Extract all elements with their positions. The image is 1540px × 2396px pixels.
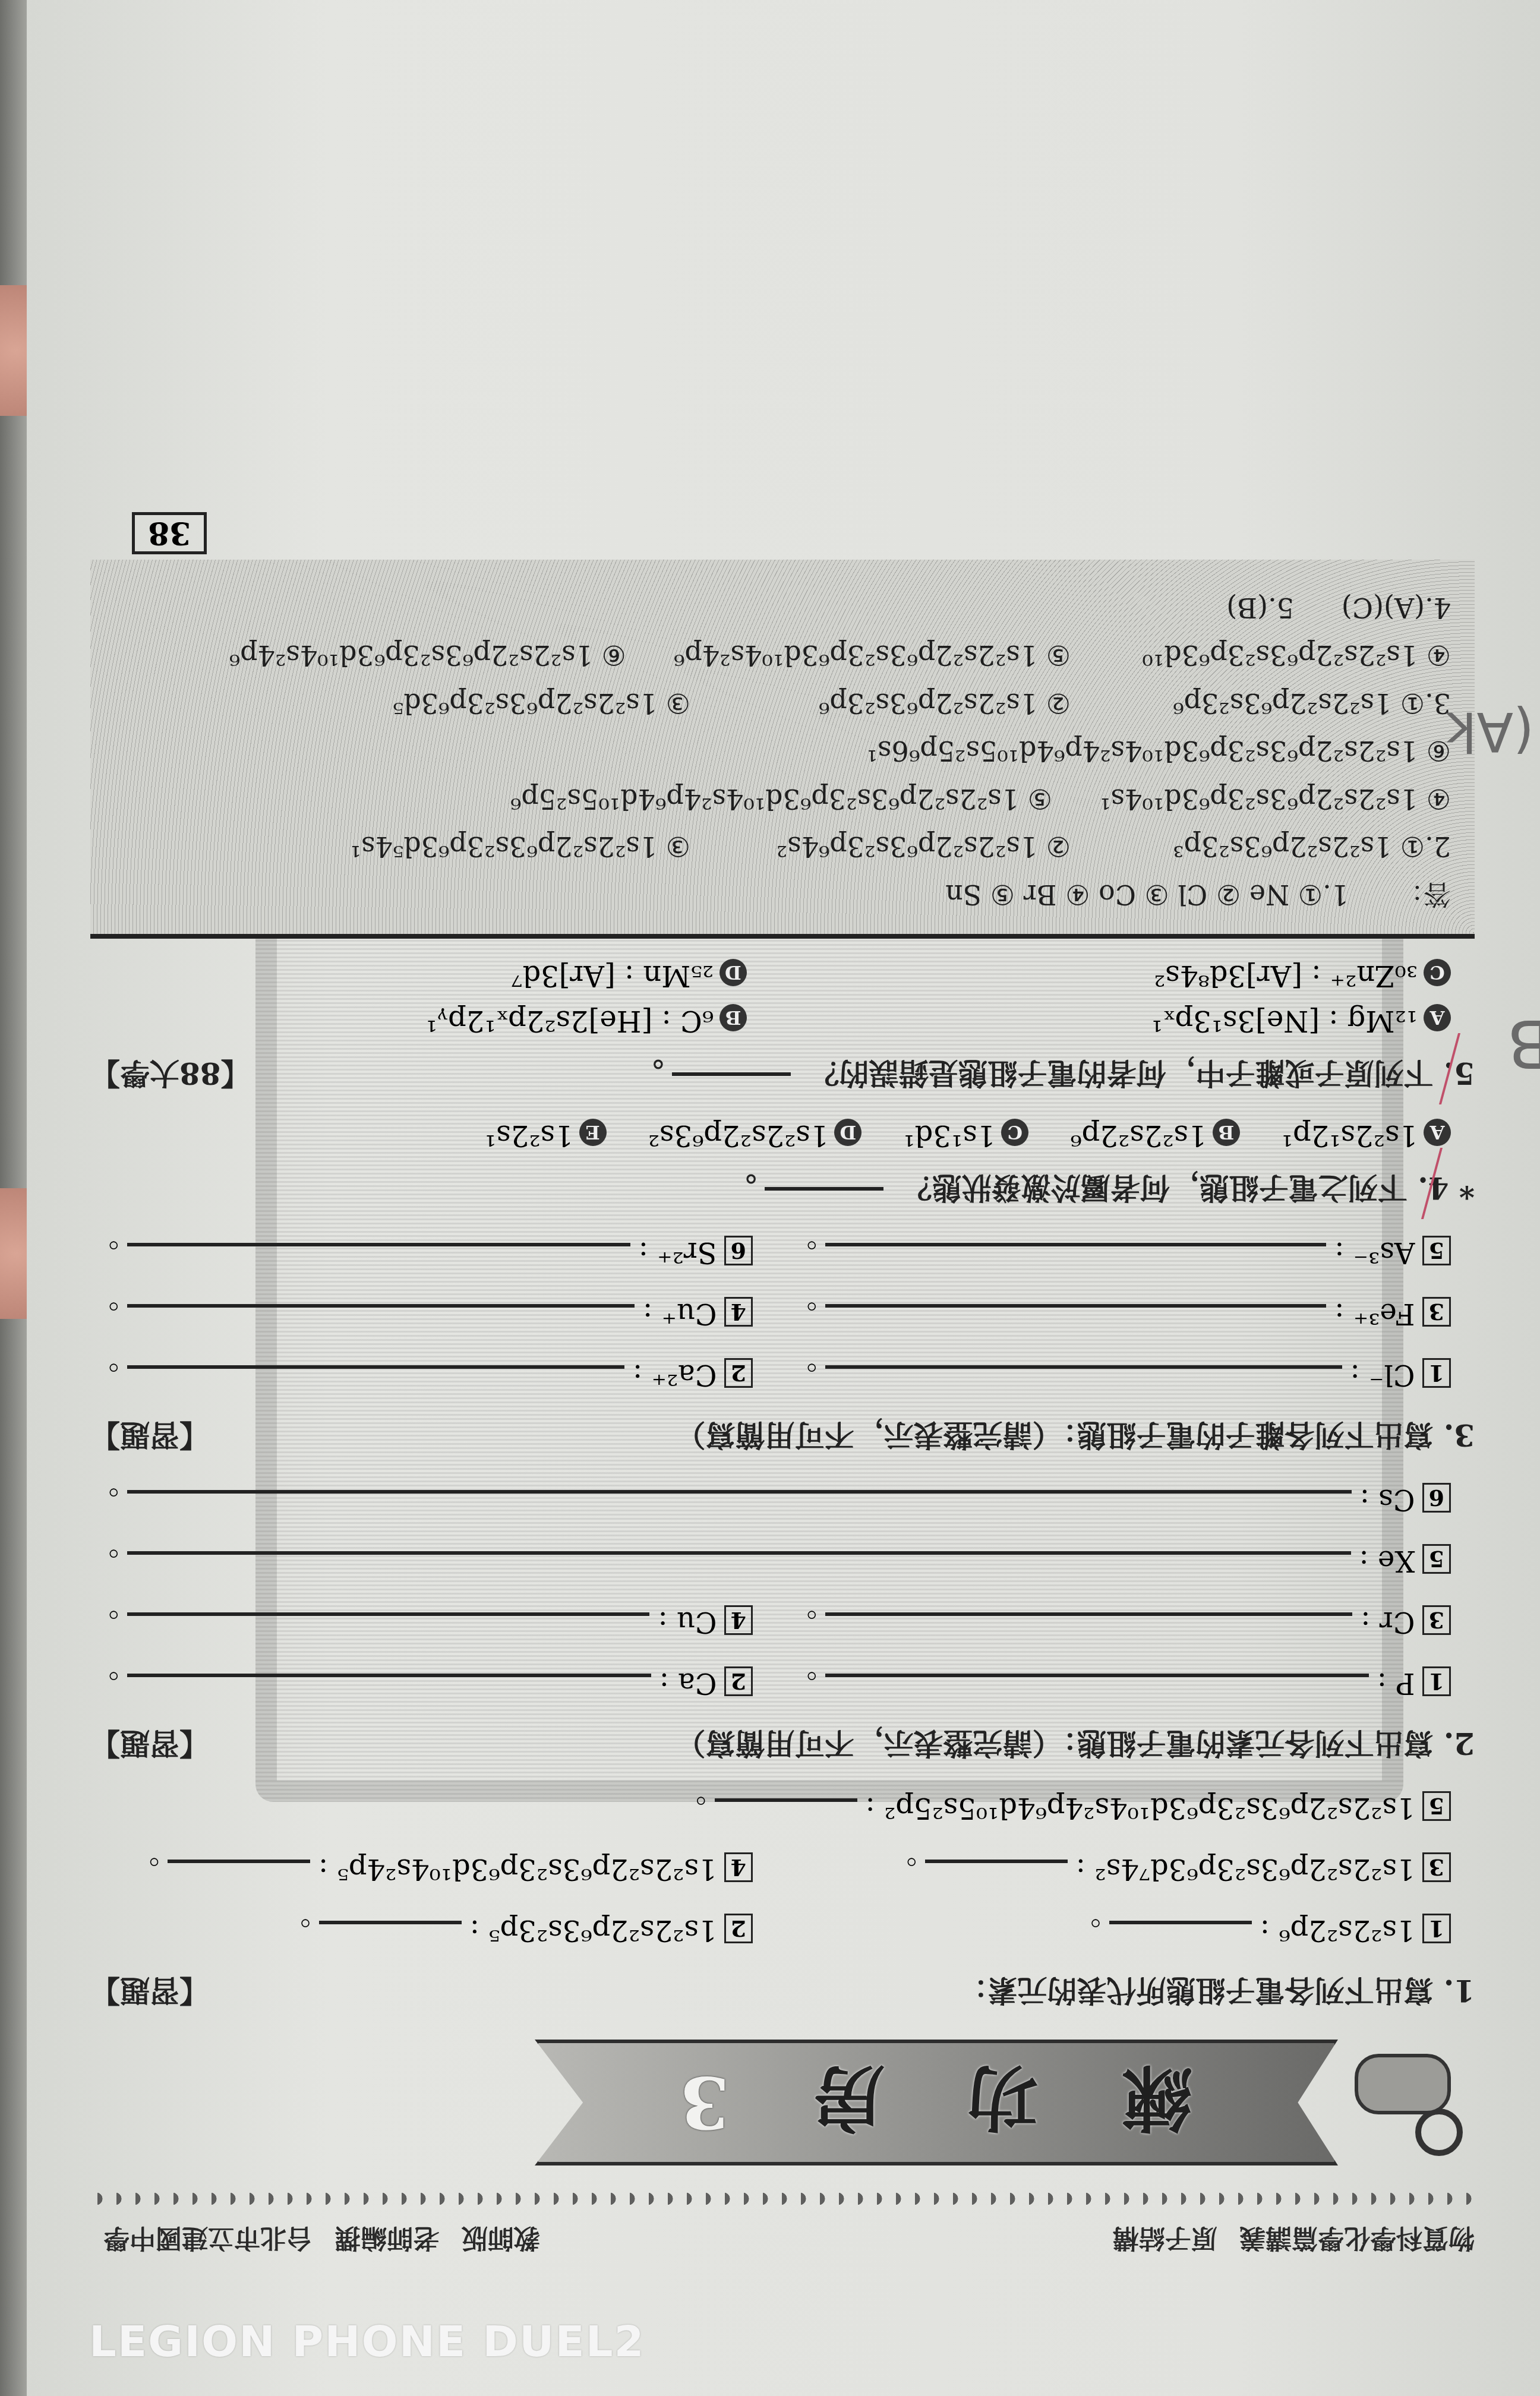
mascot-icon — [1338, 2043, 1475, 2162]
question-3: 3. 寫出下列各離子的電子組態：（請完整表示，不可用簡寫） 【習題】 — [90, 1410, 1475, 1460]
answer-blank[interactable] — [825, 1304, 1326, 1308]
option-e[interactable]: E1s²2s¹ — [485, 1119, 607, 1152]
question-prompt: 下列原子或離子中，何者的電子組態是錯誤的？ — [809, 1056, 1433, 1091]
question-tag: 【習題】 — [90, 1718, 209, 1769]
question-prompt: 寫出下列各離子的電子組態：（請完整表示，不可用簡寫） — [676, 1418, 1433, 1453]
question-tag: 【習題】 — [90, 1410, 209, 1460]
question-1-items: 11s²2s²2p⁶ :。 21s²2s²2p⁶3s²3p⁵ :。 31s²2s… — [90, 1791, 1451, 1955]
answer-blank[interactable] — [825, 1365, 1342, 1369]
section-banner: 練 功 房 3 — [90, 2040, 1475, 2165]
answer-blank[interactable] — [1109, 1921, 1252, 1924]
option-c[interactable]: C₃₀Zn²⁺ : [Ar]3d⁸4s² — [794, 959, 1451, 992]
textbook-page: 物質科學化學篇講義 原子結構 教師版 老師編撰 台北市立建國中學 練 功 房 3 — [27, 0, 1540, 2396]
option-a[interactable]: A₁₂Mg : [Ne]3s¹3pₓ¹ — [794, 1004, 1451, 1037]
question-prompt: 寫出下列各元素的電子組態：（請完整表示，不可用簡寫） — [676, 1726, 1433, 1761]
question-4: * 4. 下列之電子組態，何者屬於激發狀態？ 。 — [90, 1163, 1475, 1213]
answer-blank[interactable] — [319, 1921, 462, 1924]
page-header: 物質科學化學篇講義 原子結構 教師版 老師編撰 台北市立建國中學 — [90, 2221, 1475, 2259]
answer-blank[interactable] — [127, 1365, 624, 1369]
school-name: 台北市立建國中學 — [103, 2223, 313, 2253]
answer-key: 答：1.① Ne ② Cl ③ Co ④ Br ⑤ Sn 2.① 1s²2s²2… — [90, 560, 1475, 939]
answer-blank[interactable] — [925, 1860, 1068, 1863]
book-title: 物質科學化學篇講義 — [1239, 2223, 1475, 2253]
answer-blank[interactable] — [825, 1612, 1352, 1616]
option-b[interactable]: B1s²2s²2p⁶ — [1070, 1119, 1239, 1152]
option-d[interactable]: D1s²2s²2p⁶3s² — [648, 1119, 862, 1152]
answer-blank[interactable] — [715, 1798, 857, 1802]
edition: 教師版 — [462, 2223, 540, 2253]
answer-blank[interactable] — [168, 1860, 310, 1863]
banner-title: 練 功 房 3 — [535, 2040, 1338, 2165]
answer-label: 答： — [1396, 871, 1451, 919]
answer-blank[interactable] — [127, 1304, 635, 1308]
question-4-options: A1s²2s¹2p¹ B1s²2s²2p⁶ C1s¹3d¹ D1s²2s²2p⁶… — [90, 1119, 1451, 1152]
answer-blank[interactable] — [127, 1490, 1352, 1494]
option-b[interactable]: B₆C : [He]2s²2pₓ¹2pᵧ¹ — [90, 1004, 747, 1037]
question-prompt: 下列之電子組態，何者屬於激發狀態？ — [902, 1170, 1408, 1205]
answer-blank[interactable] — [672, 1072, 791, 1076]
option-d[interactable]: D₂₅Mn : [Ar]3d⁷ — [90, 959, 747, 992]
question-2: 2. 寫出下列各元素的電子組態：（請完整表示，不可用簡寫） 【習題】 — [90, 1718, 1475, 1769]
chapter-title: 原子結構 — [1113, 2223, 1217, 2253]
device-watermark: LEGION PHONE DUEL2 — [89, 2316, 645, 2366]
question-tag: 【習題】 — [90, 1965, 209, 2016]
answer-q1: 1.① Ne ② Cl ③ Co ④ Br ⑤ Sn — [945, 871, 1349, 919]
rotated-page-content: 物質科學化學篇講義 原子結構 教師版 老師編撰 台北市立建國中學 練 功 房 3 — [27, 0, 1540, 2396]
option-c[interactable]: C1s¹3d¹ — [903, 1119, 1028, 1152]
question-5: 5. 下列原子或離子中，何者的電子組態是錯誤的？ 。 【88大學】 B — [90, 1048, 1475, 1098]
answer-blank[interactable] — [127, 1243, 630, 1246]
decorative-border — [90, 2187, 1475, 2211]
answer-blank[interactable] — [127, 1674, 651, 1677]
question-1: 1. 寫出下列各電子組態所代表的元素： 【習題】 — [90, 1965, 1475, 2016]
question-2-items: 1P :。 2Ca :。 3Cr :。 4Cu :。 5Xe :。 6Cs :。 — [90, 1483, 1451, 1707]
handwritten-margin-note: (Ak — [1446, 700, 1534, 762]
answer-blank[interactable] — [127, 1551, 1351, 1555]
answer-blank[interactable] — [765, 1187, 883, 1191]
answer-blank[interactable] — [825, 1243, 1326, 1246]
question-3-items: 1Cl⁻ :。 2Ca²⁺ :。 3Fe³⁺ :。 4Cu⁺ :。 5As³⁻ … — [90, 1236, 1451, 1399]
answer-blank[interactable] — [127, 1612, 649, 1616]
page-number: 38 — [132, 513, 207, 555]
star-marker: * — [1459, 1170, 1475, 1205]
handwritten-answer: B — [1507, 987, 1540, 1098]
question-5-options: A₁₂Mg : [Ne]3s¹3pₓ¹ B₆C : [He]2s²2pₓ¹2pᵧ… — [90, 959, 1451, 1037]
option-a[interactable]: A1s²2s¹2p¹ — [1282, 1119, 1451, 1152]
question-tag: 【88大學】 — [90, 1048, 251, 1098]
answer-blank[interactable] — [825, 1674, 1369, 1677]
question-prompt: 寫出下列各電子組態所代表的元素： — [958, 1973, 1433, 2008]
team: 老師編撰 — [334, 2223, 439, 2253]
